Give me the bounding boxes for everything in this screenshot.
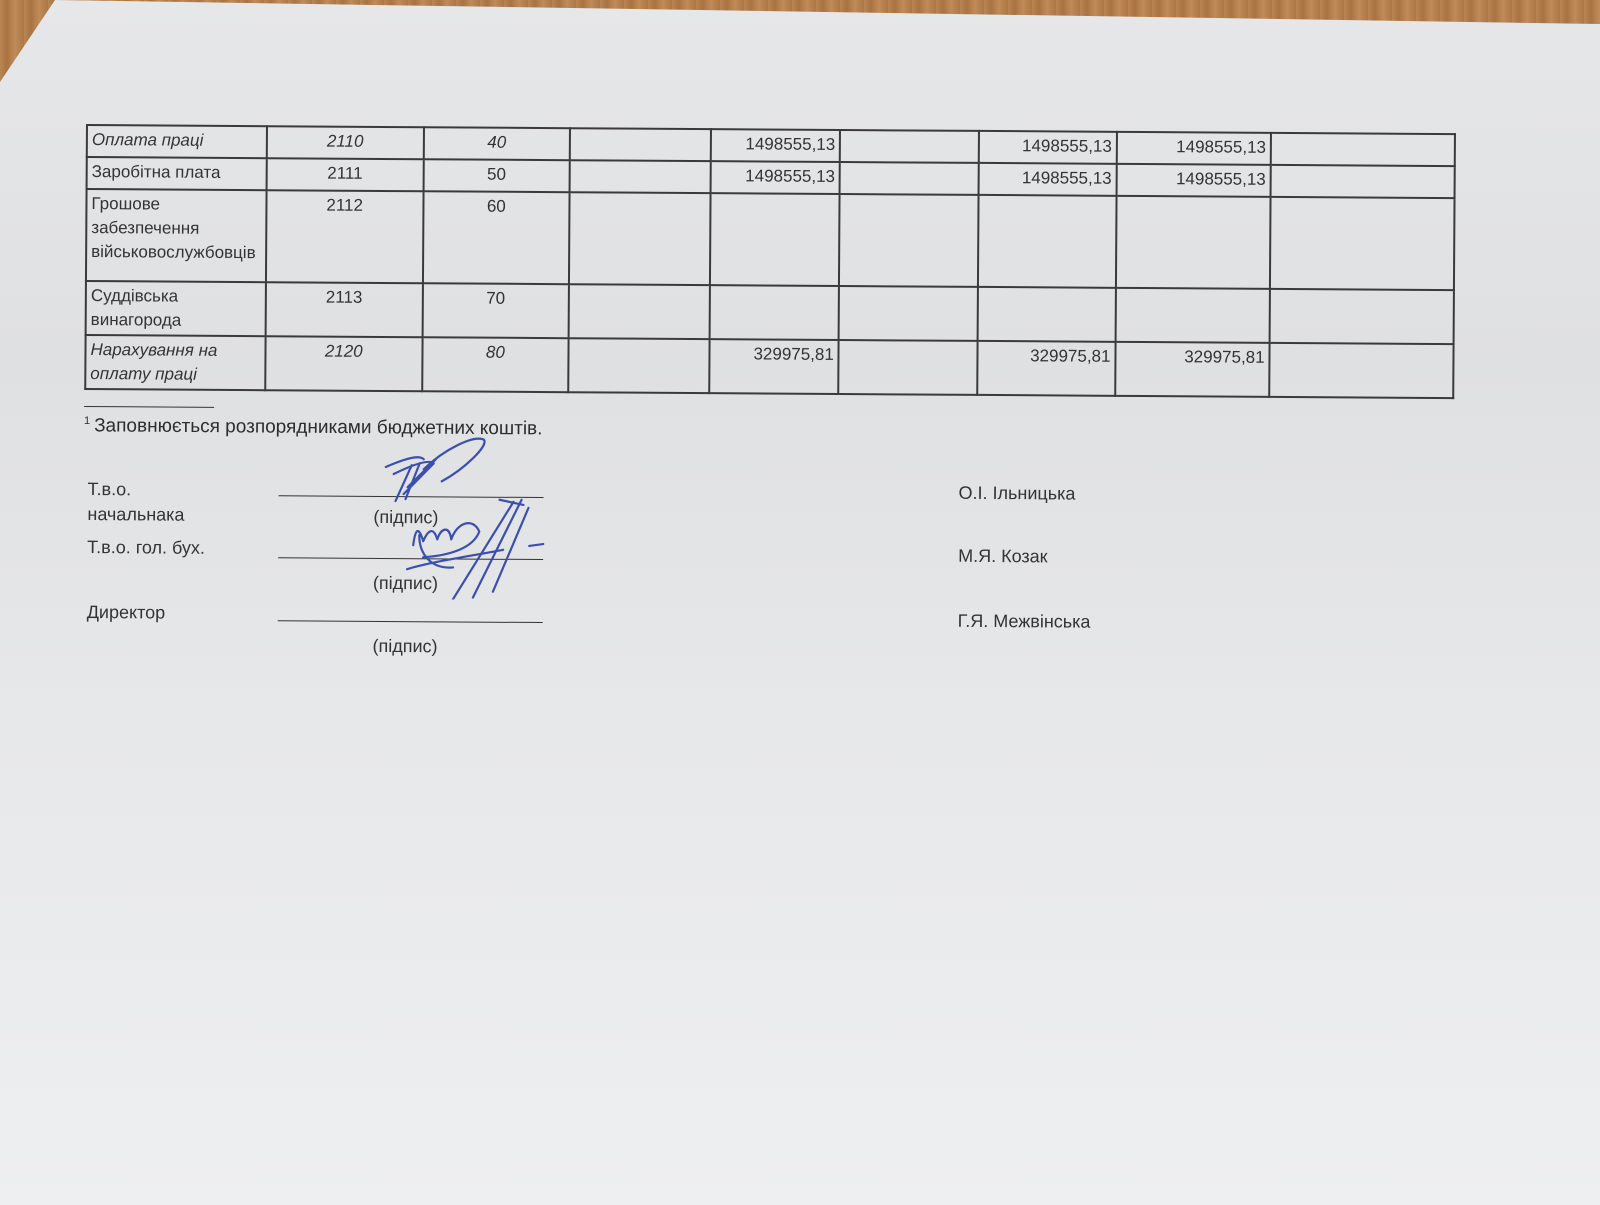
row-name-cell: Суддівська винагорода bbox=[86, 281, 266, 336]
amount-cell bbox=[709, 285, 839, 340]
table-row: Грошове забезпечення військовослужбовців… bbox=[86, 189, 1455, 290]
signer-3-name: Г.Я. Межвінська bbox=[958, 611, 1091, 633]
signer-1-role-line1: Т.в.о. bbox=[87, 477, 184, 503]
amount-cell: 1498555,13 bbox=[1117, 132, 1271, 165]
amount-cell: 1498555,13 bbox=[1117, 164, 1271, 197]
amount-cell bbox=[839, 286, 978, 341]
footnote: 1Заповнюється розпорядниками бюджетних к… bbox=[84, 415, 1454, 446]
amount-cell: 1498555,13 bbox=[979, 163, 1117, 196]
row-name-cell: Оплата праці bbox=[87, 125, 267, 158]
signer-3-signature-line bbox=[278, 621, 543, 624]
kekv-code-cell: 2112 bbox=[266, 190, 424, 283]
amount-cell bbox=[568, 284, 709, 339]
signature-block: Т.в.о. начальнака (підпис) О.І. Ільницьк… bbox=[82, 447, 1454, 716]
signer-2-name: М.Я. Козак bbox=[958, 546, 1048, 568]
amount-cell bbox=[839, 340, 978, 395]
amount-cell bbox=[1269, 343, 1453, 398]
footnote-divider bbox=[84, 406, 214, 408]
signer-2-role: Т.в.о. гол. бух. bbox=[87, 535, 205, 561]
amount-cell bbox=[569, 160, 710, 193]
row-number-cell: 50 bbox=[423, 159, 569, 192]
row-number-cell: 70 bbox=[422, 283, 568, 338]
footnote-marker: 1 bbox=[84, 415, 90, 427]
kekv-code-cell: 2113 bbox=[265, 282, 423, 337]
amount-cell bbox=[840, 130, 979, 163]
row-name-cell: Нарахування на оплату праці bbox=[85, 335, 265, 390]
amount-cell bbox=[1270, 197, 1454, 290]
amount-cell bbox=[1271, 133, 1455, 166]
row-name-cell: Грошове забезпечення військовослужбовців bbox=[86, 189, 266, 282]
amount-cell bbox=[840, 162, 979, 195]
amount-cell: 1498555,13 bbox=[711, 129, 841, 162]
signer-1-name: О.І. Ільницька bbox=[958, 483, 1075, 505]
signer-3-caption: (підпис) bbox=[372, 636, 437, 657]
table-row: Суддівська винагорода211370 bbox=[86, 281, 1454, 344]
amount-cell: 329975,81 bbox=[1115, 342, 1269, 397]
row-number-cell: 40 bbox=[424, 127, 570, 160]
amount-cell bbox=[568, 338, 709, 393]
signer-3-role: Директор bbox=[87, 600, 166, 626]
row-number-cell: 80 bbox=[422, 337, 568, 392]
signer-1-role-line2: начальнака bbox=[87, 502, 184, 528]
table-row: Нарахування на оплату праці212080329975,… bbox=[85, 335, 1453, 398]
row-number-cell: 60 bbox=[423, 191, 570, 284]
amount-cell bbox=[1116, 196, 1271, 289]
kekv-code-cell: 2120 bbox=[265, 336, 423, 391]
kekv-code-cell: 2111 bbox=[266, 158, 423, 191]
row-name-cell: Заробітна плата bbox=[87, 157, 267, 190]
amount-cell bbox=[1271, 165, 1455, 198]
amount-cell bbox=[1270, 289, 1454, 344]
document-page: Оплата праці2110401498555,131498555,1314… bbox=[82, 124, 1456, 716]
budget-table: Оплата праці2110401498555,131498555,1314… bbox=[84, 124, 1456, 399]
amount-cell: 329975,81 bbox=[977, 341, 1115, 396]
amount-cell: 1498555,13 bbox=[979, 131, 1117, 164]
amount-cell bbox=[978, 195, 1116, 288]
amount-cell bbox=[569, 192, 710, 285]
amount-cell bbox=[1116, 288, 1270, 343]
amount-cell bbox=[839, 194, 978, 287]
amount-cell bbox=[570, 128, 711, 161]
handwritten-signatures-icon bbox=[323, 429, 564, 601]
kekv-code-cell: 2110 bbox=[266, 126, 423, 159]
amount-cell bbox=[710, 193, 840, 286]
amount-cell: 1498555,13 bbox=[710, 161, 840, 194]
amount-cell: 329975,81 bbox=[709, 339, 839, 394]
amount-cell bbox=[978, 287, 1116, 342]
signer-1-role: Т.в.о. начальнака bbox=[87, 477, 184, 528]
